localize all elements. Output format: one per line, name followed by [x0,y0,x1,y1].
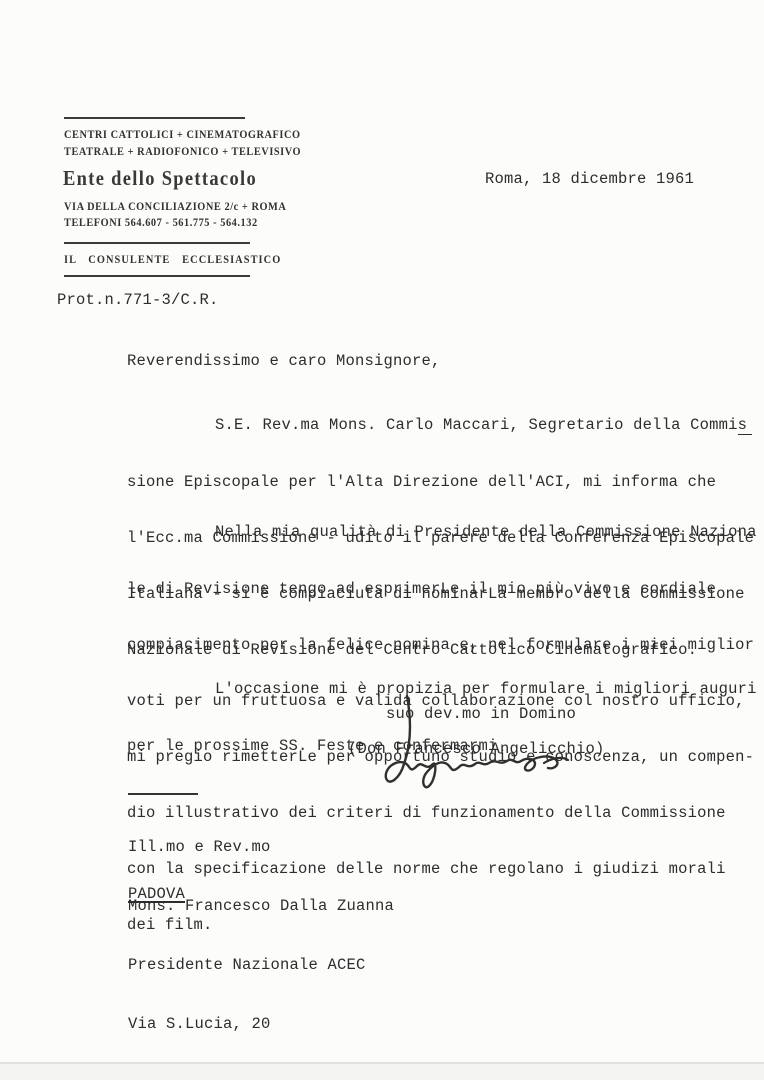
letterhead-top-rule [64,117,245,119]
hyphenation-underline: s [738,416,753,435]
paragraph-line: le di Revisione tengo ad esprimerLe il m… [127,580,757,599]
letterhead-org-line2: TEATRALE + RADIOFONICO + TELEVISIVO [64,146,301,158]
letterhead-org-name: Ente dello Spettacolo [63,166,257,191]
letterhead-phones: TELEFONI 564.607 - 561.775 - 564.132 [64,217,258,229]
recipient-overline [128,793,198,795]
salutation: Reverendissimo e caro Monsignore, [127,352,441,371]
recipient-block: Ill.mo e Rev.mo Mons. Francesco Dalla Zu… [128,799,394,1073]
letterhead-org-line1: CENTRI CATTOLICI + CINEMATOGRAFICO [64,129,301,141]
recipient-title: Presidente Nazionale ACEC [128,956,394,976]
scan-edge-shadow [0,1064,764,1080]
recipient-street: Via S.Lucia, 20 [128,1015,394,1035]
letter-page: CENTRI CATTOLICI + CINEMATOGRAFICO TEATR… [0,0,764,1080]
letter-date: Roma, 18 dicembre 1961 [485,170,694,189]
recipient-honorific: Ill.mo e Rev.mo [128,838,394,858]
protocol-number: Prot.n.771-3/C.R. [57,291,219,310]
letterhead-bottom-rule [64,275,250,277]
letterhead-address: VIA DELLA CONCILIAZIONE 2/c + ROMA [64,201,286,213]
paragraph-line: Nella mia qualità di Presidente della Co… [127,523,757,542]
paragraph-line: S.E. Rev.ma Mons. Carlo Maccari, Segreta… [127,416,754,435]
signature-scrawl [378,690,588,800]
letterhead-role: IL CONSULENTE ECCLESIASTICO [64,254,281,266]
paragraph-text: S.E. Rev.ma Mons. Carlo Maccari, Segreta… [215,416,738,434]
letterhead-mid-rule [64,242,250,244]
recipient-city: PADOVA [128,885,185,904]
